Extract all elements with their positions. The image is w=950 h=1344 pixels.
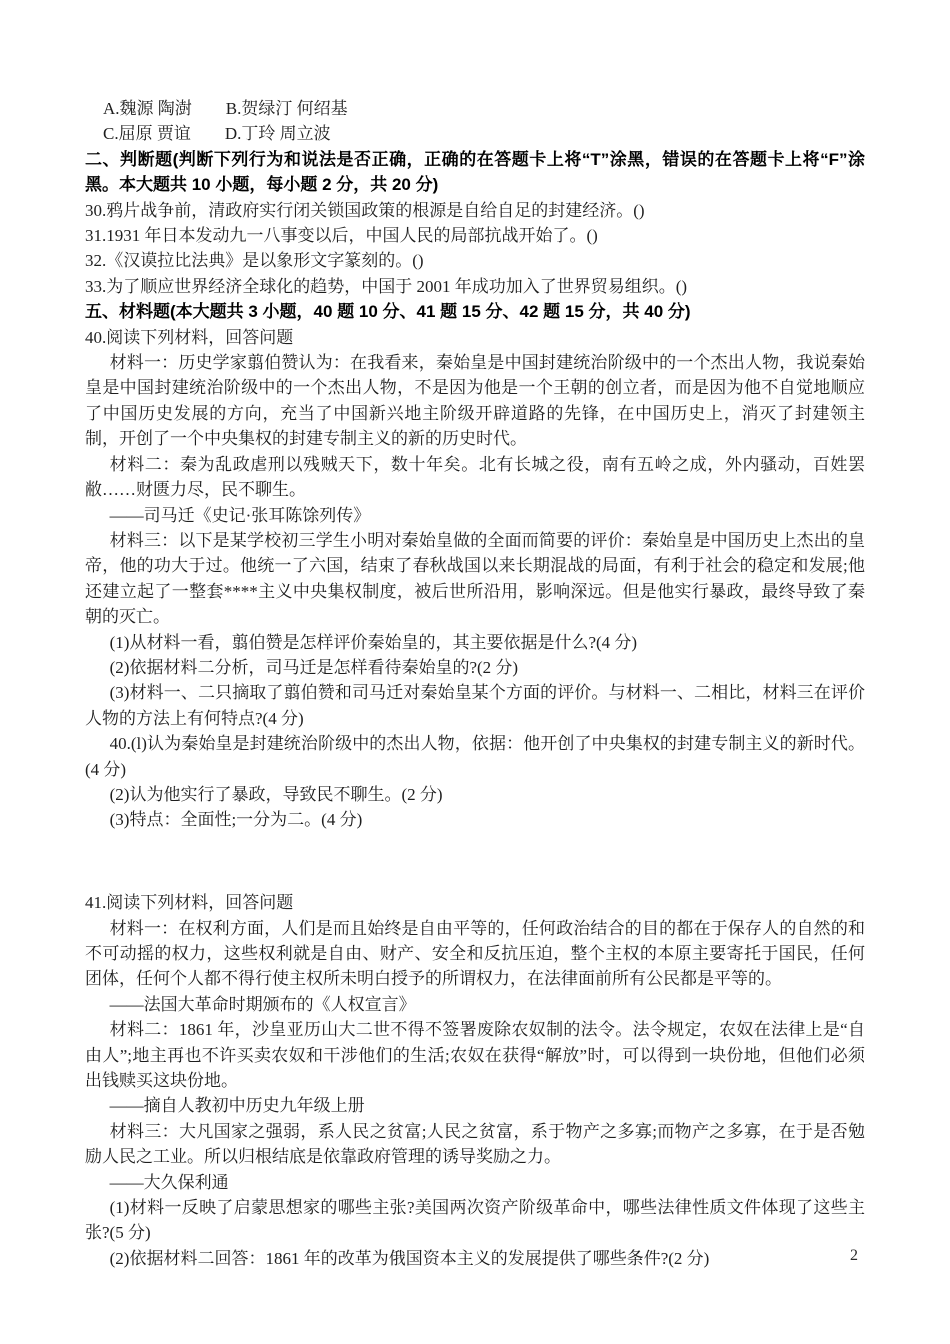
q40-material-2: 材料二：秦为乱政虐刑以残贼天下，数十年矣。北有长城之役，南有五岭之成，外内骚动，… — [85, 452, 865, 503]
blank-line — [85, 849, 865, 874]
section-heading-material: 五、材料题(本大题共 3 小题，40 题 10 分、41 题 15 分、42 题… — [85, 299, 865, 324]
section-heading-judgement: 二、判断题(判断下列行为和说法是否正确，正确的在答题卡上将“T”涂黑，错误的在答… — [85, 147, 865, 198]
q41-material-2: 材料二：1861 年，沙皇亚历山大二世不得不签署废除农奴制的法令。法令规定，农奴… — [85, 1017, 865, 1093]
q41-material-3-source: ——大久保利通 — [85, 1170, 865, 1195]
question-41-stem: 41.阅读下列材料，回答问题 — [85, 890, 865, 915]
question-40-stem: 40.阅读下列材料，回答问题 — [85, 325, 865, 350]
q41-subquestion-2: (2)依据材料二回答：1861 年的改革为俄国资本主义的发展提供了哪些条件?(2… — [85, 1246, 865, 1271]
question-31: 31.1931 年日本发动九一八事变以后，中国人民的局部抗战开始了。() — [85, 223, 865, 248]
q40-subquestion-3: (3)材料一、二只摘取了翦伯赞和司马迁对秦始皇某个方面的评价。与材料一、二相比，… — [85, 680, 865, 731]
q41-material-1-source: ——法国大革命时期颁布的《人权宣言》 — [85, 992, 865, 1017]
choice-options-ab: A.魏源 陶澍 B.贺绿汀 何绍基 — [85, 96, 865, 121]
q41-subquestion-1: (1)材料一反映了启蒙思想家的哪些主张?美国两次资产阶级革命中，哪些法律性质文件… — [85, 1195, 865, 1246]
choice-options-cd: C.屈原 贾谊 D.丁玲 周立波 — [85, 121, 865, 146]
q40-answer-1: 40.(l)认为秦始皇是封建统治阶级中的杰出人物，依据：他开创了中央集权的封建专… — [85, 731, 865, 782]
q40-answer-2: (2)认为他实行了暴政，导致民不聊生。(2 分) — [85, 782, 865, 807]
question-33: 33.为了顺应世界经济全球化的趋势，中国于 2001 年成功加入了世界贸易组织。… — [85, 274, 865, 299]
question-30: 30.鸦片战争前，清政府实行闭关锁国政策的根源是自给自足的封建经济。() — [85, 198, 865, 223]
q40-subquestion-1: (1)从材料一看，翦伯赞是怎样评价秦始皇的，其主要依据是什么?(4 分) — [85, 630, 865, 655]
question-32: 32.《汉谟拉比法典》是以象形文字篆刻的。() — [85, 248, 865, 273]
page-number: 2 — [850, 1246, 858, 1266]
document-page: A.魏源 陶澍 B.贺绿汀 何绍基C.屈原 贾谊 D.丁玲 周立波二、判断题(判… — [85, 96, 865, 1271]
q40-material-3: 材料三：以下是某学校初三学生小明对秦始皇做的全面而简要的评价：秦始皇是中国历史上… — [85, 528, 865, 630]
q40-material-2-source: ——司马迁《史记·张耳陈馀列传》 — [85, 503, 865, 528]
q40-material-1: 材料一：历史学家翦伯赞认为：在我看来，秦始皇是中国封建统治阶级中的一个杰出人物，… — [85, 350, 865, 452]
q40-subquestion-2: (2)依据材料二分析，司马迁是怎样看待秦始皇的?(2 分) — [85, 655, 865, 680]
q40-answer-3: (3)特点：全面性;一分为二。(4 分) — [85, 807, 865, 832]
q41-material-3: 材料三：大凡国家之强弱，系人民之贫富;人民之贫富，系于物产之多寡;而物产之多寡，… — [85, 1119, 865, 1170]
q41-material-1: 材料一：在权利方面，人们是而且始终是自由平等的，任何政治结合的目的都在于保存人的… — [85, 916, 865, 992]
q41-material-2-source: ——摘自人教初中历史九年级上册 — [85, 1093, 865, 1118]
